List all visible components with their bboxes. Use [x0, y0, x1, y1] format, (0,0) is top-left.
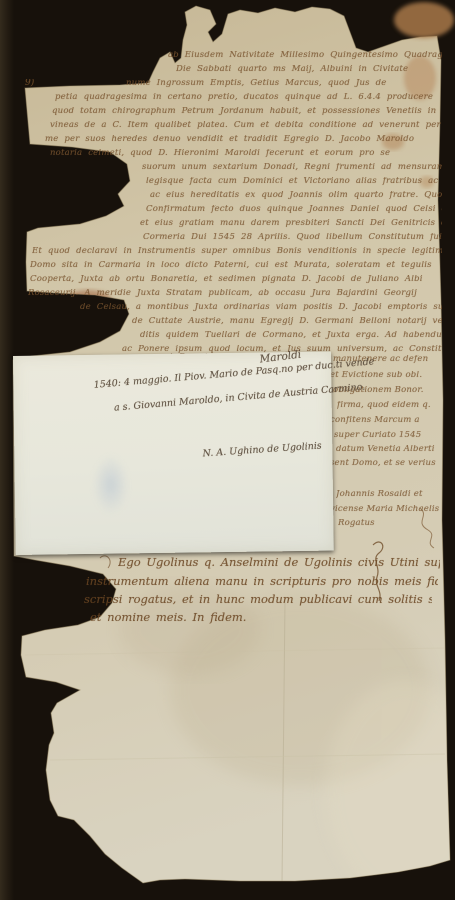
manuscript-line: Et quod declaravi in Instrumentis super …	[32, 247, 442, 256]
manuscript-line: petia quadragesima in certano pretio, du…	[55, 93, 442, 102]
fragment-line: sent Domo, et se verius	[330, 459, 445, 468]
subscription-line: et nomine meis. In fidem.	[90, 611, 330, 624]
subscription-line: scripsi rogatus, et in hunc modum public…	[84, 593, 432, 606]
manuscript-line: notaria celmeti, quod D. Hieronimi Marol…	[50, 149, 442, 158]
archivist-note: Maroldi 1540: 4 maggio. Il Piov. Mario d…	[13, 352, 334, 555]
subscription-line: Ego Ugolinus q. Anselmini de Ugolinis ci…	[118, 556, 440, 569]
manuscript-line: quod totam chirographum Petrum Jordanum …	[52, 107, 442, 116]
manuscript-line: Confirmatum fecto duos quinque Joannes D…	[146, 205, 442, 214]
manuscript-line: me per suos heredes denuo vendidit et tr…	[45, 135, 442, 144]
fragment-line: firma, quod eidem q.	[337, 401, 445, 410]
fragment-line: confitens Marcum a	[330, 416, 445, 425]
manuscript-line: legisque facta cum Dominici et Victorian…	[146, 177, 442, 186]
manuscript-line: Die Sabbati quarto ms Maij, Albuini in C…	[176, 65, 442, 74]
manuscript-line: Domo sita in Carmaria in loco dicto Pate…	[30, 261, 442, 270]
note-line-line: a s. Giovanni Maroldo, in Civita de Aust…	[114, 383, 366, 414]
manuscript-line: vineas de a C. Item qualibet platea. Cum…	[50, 121, 442, 130]
fragment-line: super Curiato 1545	[334, 431, 445, 440]
manuscript-line: nume Ingrossum Emptis, Getius Marcus, qu…	[126, 79, 442, 88]
manuscript-line: et eius gratiam manu darem presbiteri Sa…	[140, 219, 442, 228]
manuscript-line: Cooperta, Juxta ab ortu Bonaretia, et se…	[30, 275, 442, 284]
fragment-line: datum Venetia Alberti	[336, 445, 445, 454]
manuscript-line: de Cuttate Austrie, manu Egregij D. Germ…	[132, 317, 442, 326]
manuscript-line: suorum unum sextarium Donadi, Regni frum…	[142, 163, 442, 172]
manuscript-line: ab Eiusdem Nativitate Millesimo Quingent…	[168, 51, 442, 60]
fragment-line: vicense Maria Michaelis	[330, 505, 445, 514]
manuscript-photo: 9) ab Eiusdem Nativitate Millesimo Quing…	[0, 0, 455, 900]
manuscript-line: Rosaceurij. A meridie Juxta Stratam publ…	[28, 289, 442, 298]
manuscript-line: Cormeria Dui 1545 28 Aprilis. Quod libel…	[143, 233, 442, 242]
subscription-line: instrumentum aliena manu in scripturis p…	[86, 575, 438, 588]
manuscript-line: ditis quidem Tuellari de Cormano, et Jux…	[140, 331, 442, 340]
fragment-line: et Evictione sub obl.	[330, 371, 445, 380]
manuscript-line: ac eius hereditatis ex quod Joannis olim…	[150, 191, 442, 200]
fragment-line: Johannis Rosaldi et	[336, 490, 445, 499]
manuscript-line: de Celsau, a montibus Juxta ordinarias v…	[80, 303, 442, 312]
fragment-line: Rogatus	[338, 519, 438, 528]
